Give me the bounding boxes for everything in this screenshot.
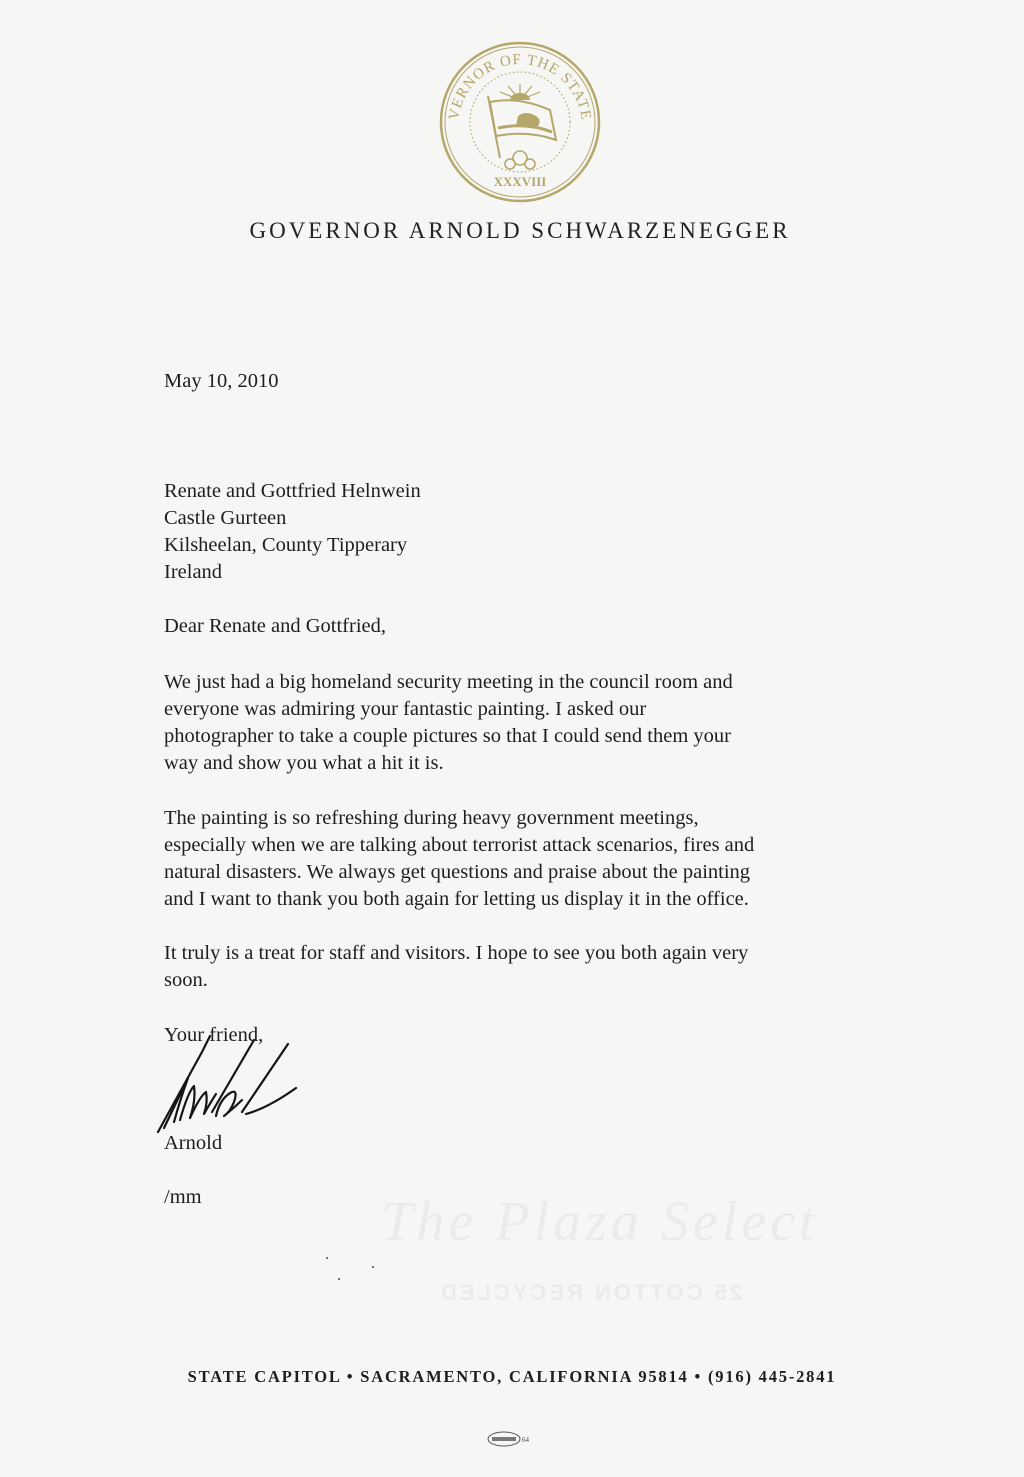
letterhead-title: GOVERNOR ARNOLD SCHWARZENEGGER: [0, 218, 1024, 244]
paragraph-line: soon.: [164, 967, 748, 994]
letter-date: May 10, 2010: [164, 368, 278, 395]
address-line: Ireland: [164, 559, 421, 586]
paper-speck: [338, 1278, 340, 1280]
salutation: Dear Renate and Gottfried,: [164, 613, 386, 640]
body-paragraph: It truly is a treat for staff and visito…: [164, 940, 748, 994]
address-line: Renate and Gottfried Helnwein: [164, 478, 421, 505]
paper-speck: [372, 1266, 374, 1268]
footer-address: STATE CAPITOL • SACRAMENTO, CALIFORNIA 9…: [0, 1367, 1024, 1387]
svg-text:XXXVIII: XXXVIII: [494, 174, 547, 189]
paragraph-line: It truly is a treat for staff and visito…: [164, 940, 748, 967]
paper-watermark-subtext: 25 COTTON RECYCLED: [380, 1280, 800, 1306]
body-paragraph: We just had a big homeland security meet…: [164, 669, 733, 777]
paragraph-line: natural disasters. We always get questio…: [164, 859, 754, 886]
recipient-address: Renate and Gottfried Helnwein Castle Gur…: [164, 478, 421, 586]
paper-watermark: The Plaza Select: [290, 1190, 910, 1254]
address-line: Kilsheelan, County Tipperary: [164, 532, 421, 559]
svg-text:64: 64: [522, 1436, 530, 1444]
paragraph-line: We just had a big homeland security meet…: [164, 669, 733, 696]
governor-seal-icon: SEAL OF THE GOVERNOR OF THE STATE OF CAL…: [438, 40, 602, 204]
paragraph-line: way and show you what a hit it is.: [164, 750, 733, 777]
paragraph-line: especially when we are talking about ter…: [164, 832, 754, 859]
typist-initials: /mm: [164, 1184, 202, 1211]
svg-text:SEAL OF THE GOVERNOR OF THE ST: SEAL OF THE GOVERNOR OF THE STATE OF CAL…: [438, 40, 594, 126]
address-line: Castle Gurteen: [164, 505, 421, 532]
body-paragraph: The painting is so refreshing during hea…: [164, 805, 754, 913]
paragraph-line: everyone was admiring your fantastic pai…: [164, 696, 733, 723]
signed-name: Arnold: [164, 1130, 222, 1157]
union-bug-icon: 64: [480, 1430, 540, 1448]
handwritten-signature-icon: [150, 1030, 320, 1140]
paper-speck: [326, 1257, 328, 1259]
paragraph-line: photographer to take a couple pictures s…: [164, 723, 733, 750]
paragraph-line: and I want to thank you both again for l…: [164, 886, 754, 913]
paragraph-line: The painting is so refreshing during hea…: [164, 805, 754, 832]
